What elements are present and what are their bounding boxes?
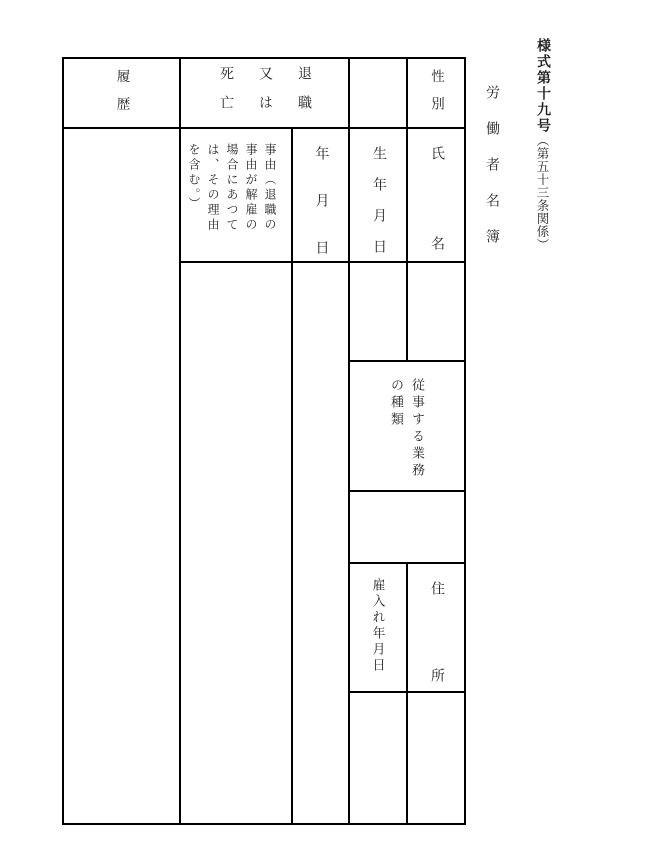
cell-nengappi-entry — [293, 263, 350, 825]
worker-register-form-page: 様式第十九号（第五十三条関係） 労働者名簿 履歴 退職又は死亡 性別 事由（退職… — [0, 0, 671, 854]
cell-taishoku-header: 退職又は死亡 — [181, 59, 350, 129]
cell-shimei-header: 氏名 — [408, 129, 466, 263]
cell-yatoiire-entry — [350, 693, 408, 825]
form-number-note: （第五十三条関係） — [535, 134, 549, 251]
jiyu-note-label: 事由（退職の事由が解雇の場合にあつては、その理由を含む。） — [184, 143, 279, 238]
form-number-title: 様式第十九号（第五十三条関係） — [532, 38, 552, 251]
rireki-label: 履歴 — [112, 69, 132, 124]
seinengappi-label: 生年月日 — [368, 146, 388, 263]
cell-seinengappi-entry — [350, 263, 408, 362]
worker-register-table: 履歴 退職又は死亡 性別 事由（退職の事由が解雇の場合にあつては、その理由を含む… — [62, 57, 466, 825]
cell-rireki-entry — [64, 129, 181, 825]
nengappi-label: 年月日 — [311, 146, 331, 263]
jusho-label: 住所 — [426, 581, 446, 693]
cell-seibetsu-header: 性別 — [408, 59, 466, 129]
cell-seinengappi-header: 生年月日 — [350, 129, 408, 263]
cell-blank-top — [350, 59, 408, 129]
cell-shimei-entry — [408, 263, 466, 362]
shimei-label: 氏名 — [426, 146, 446, 263]
cell-jusho-entry — [408, 693, 466, 825]
seibetsu-label: 性別 — [426, 69, 446, 124]
cell-rireki-header: 履歴 — [64, 59, 181, 129]
form-number-text: 様式第十九号 — [535, 38, 550, 134]
cell-jugyomu-header: 従事する業務の種類 — [350, 362, 466, 492]
cell-yatoiire-header: 雇入れ年月日 — [350, 564, 408, 693]
jugyomu-label: 従事する業務の種類 — [386, 378, 428, 483]
cell-jiyu-entry — [181, 263, 293, 825]
taishoku-label: 退職又は死亡 — [206, 66, 323, 128]
cell-jusho-header: 住所 — [408, 564, 466, 693]
yatoiire-label: 雇入れ年月日 — [369, 578, 388, 674]
cell-jiyu-note: 事由（退職の事由が解雇の場合にあつては、その理由を含む。） — [181, 129, 293, 263]
form-title: 労働者名簿 — [481, 85, 501, 265]
cell-nengappi-header: 年月日 — [293, 129, 350, 263]
cell-jugyomu-entry — [350, 492, 466, 564]
